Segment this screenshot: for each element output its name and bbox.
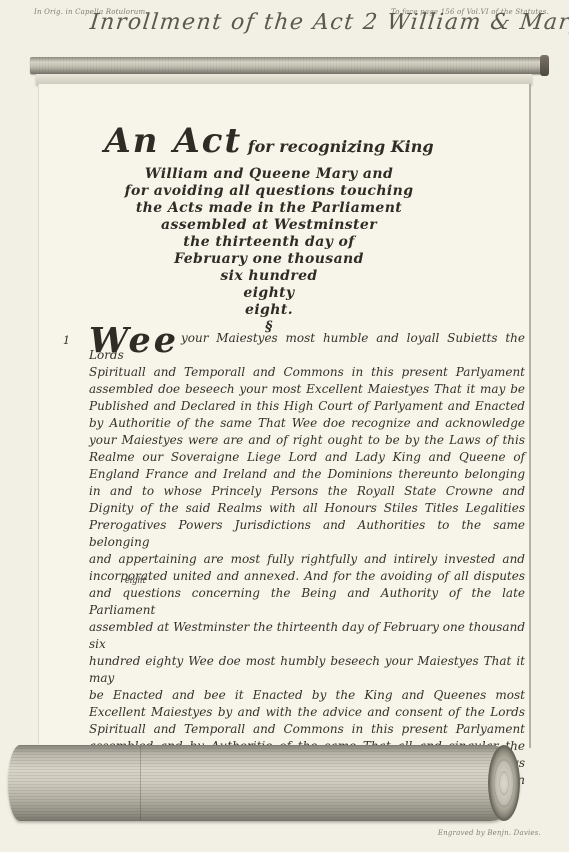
scroll-top-fold [36,74,532,84]
act-heading-line: the thirteenth day of [39,234,499,251]
engraver-credit: Engraved by Benjn. Davies. [438,829,541,837]
act-heading-line: the Acts made in the Parliament [39,200,499,217]
scroll-top-roller [30,57,542,74]
act-body-line: assembled at Westminster the thirteenth … [89,619,525,653]
act-body: your Maiestyes most humble and loyall Su… [89,330,525,806]
act-body-line: Realme our Soveraigne Liege Lord and Lad… [89,449,525,466]
act-body-line: by Authoritie of the same That Wee doe r… [89,415,525,432]
act-heading-first-line-rest: for recognizing King [248,137,434,156]
act-body-line: England France and Ireland and the Domin… [89,466,525,483]
act-heading-line: eight. [39,302,499,319]
act-heading-line: for avoiding all questions touching [39,183,499,200]
act-heading-line: eighty [39,285,499,302]
act-body-line: and questions concerning the Being and A… [89,585,525,619]
act-body-line: and appertaining are most fully rightful… [89,551,525,568]
act-heading: An Act for recognizing King William and … [39,122,499,336]
act-body-line: your Maiestyes most humble and loyall Su… [89,330,525,364]
act-body-line: Published and Declared in this High Cour… [89,398,525,415]
engraved-plate: In Orig. in Capella Rotulorum. To face p… [0,0,569,852]
act-body-line: be Enacted and bee it Enacted by the Kin… [89,687,525,704]
act-heading-lines: William and Queene Mary andfor avoiding … [39,166,499,336]
act-body-line: Spirituall and Temporall and Commons in … [89,721,525,738]
act-heading-line: six hundred [39,268,499,285]
act-body-line: Prerogatives Powers Jurisdictions and Au… [89,517,525,551]
margin-number: 1 [63,334,70,347]
act-heading-line: William and Queene Mary and [39,166,499,183]
act-body-line: Dignity of the said Realms with all Hono… [89,500,525,517]
act-body-line: incorporated united and annexed. And for… [89,568,525,585]
parchment-sheet: An Act for recognizing King William and … [38,84,531,748]
act-heading-first-line: An Act for recognizing King [39,122,499,166]
plate-title: Inrollment of the Act 2 William & Mary, … [89,10,561,35]
act-body-line: Spirituall and Temporall and Commons in … [89,364,525,381]
act-body-line: Excellent Maiestyes by and with the advi… [89,704,525,721]
scroll-bottom-roller [8,745,520,821]
roller-end-cap [488,745,520,821]
act-body-line: assembled doe beseech your most Excellen… [89,381,525,398]
act-body-line: in and to whose Princely Persons the Roy… [89,483,525,500]
act-heading-initial: An Act [104,121,242,161]
act-body-line: your Maiestyes were are and of right oug… [89,432,525,449]
act-heading-line: assembled at Westminster [39,217,499,234]
act-heading-line: February one thousand [39,251,499,268]
act-body-line: hundred eighty Wee doe most humbly besee… [89,653,525,687]
roller-seam [140,746,141,820]
